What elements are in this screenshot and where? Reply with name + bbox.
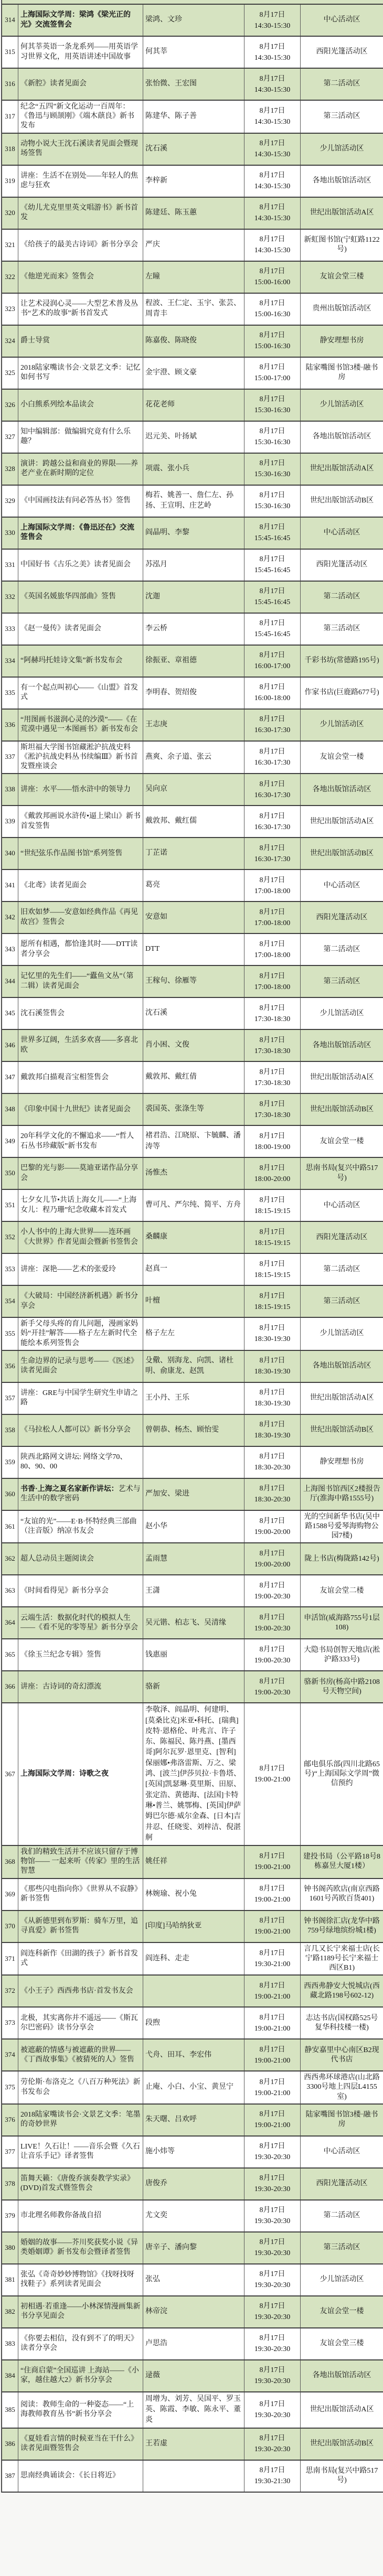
event-datetime: 8月17日 15:30-16:30 [244,486,300,517]
event-venue: 友谊会堂三楼 [300,2328,383,2359]
table-row: 341 《北鸢》读者见面会 葛亮 8月17日 17:00-18:00 中心活动区 [2,870,383,902]
table-row: 368 我们的精致生活并不应该只留存于博物馆—— 一起来听《传家》里的生活智慧 … [2,1846,383,1879]
event-date: 8月17日 [260,1259,285,1270]
event-date: 8月17日 [260,394,285,405]
event-guests: 曹可凡、严尔纯、简平、方舟 [143,1190,244,1221]
row-number: 385 [2,2392,18,2428]
event-datetime: 8月17日 16:30-17:30 [244,742,300,774]
event-datetime: 8月17日 15:00-16:00 [244,262,300,293]
event-time: 15:30-16:30 [254,437,290,448]
table-row: 375 劳伦斯·布洛克之《八百万种死法》新书发布会 止庵、小白、小宝、黄昱宁 8… [2,2071,383,2105]
row-number: 332 [2,582,18,613]
event-guests [143,1976,244,2006]
table-row: 320 《幼儿尤克里里英文唱游书》新书首发 陈建廷、陈玉蕙 8月17日 14:3… [2,198,383,230]
event-title: 我们的精致生活并不应该只留存于博物馆—— 一起来听《传家》里的生活智慧 [18,1846,143,1878]
row-number: 339 [2,806,18,837]
table-body: 314 上海国际文学周：梁鸿《梁光正的光》交流签售会 梁鸿、文珍 8月17日 1… [2,5,383,2493]
row-number: 356 [2,1351,18,1382]
event-venue: 少儿馆活动区 [300,2264,383,2295]
row-number: 351 [2,1190,18,1221]
row-number: 341 [2,870,18,901]
event-title: 讲座：生活不在别处——年轻人的焦虑与狂欢 [18,166,143,197]
event-datetime: 8月17日 19:30-21:00 [244,1943,300,1975]
event-time: 19:00-20:00 [254,1527,290,1538]
event-time: 18:00-19:00 [254,1142,290,1153]
row-number: 336 [2,710,18,740]
event-time: 19:00-21:00 [254,1862,290,1873]
event-date: 8月17日 [260,2301,285,2312]
event-datetime: 8月17日 15:00-16:30 [244,326,300,357]
event-datetime: 8月17日 19:30-20:30 [244,2392,300,2428]
event-venue: 第二活动区 [300,582,383,613]
event-time: 19:30-21:00 [254,1959,290,1970]
event-datetime: 8月17日 16:30-17:30 [244,710,300,740]
event-datetime: 8月17日 19:00-21:00 [244,1879,300,1910]
event-venue: 各地出版馆活动区 [300,422,383,453]
table-row: 318 动物小说大王沈石溪读者见面会暨现场签售 沈石溪 8月17日 14:30-… [2,134,383,166]
event-time: 14:30-15:30 [254,20,290,31]
row-number: 348 [2,1094,18,1125]
event-venue: 上海图书馆西区2楼报告厅(淮海中路1555号) [300,1479,383,1510]
table-row: 316 《新腔》读者见面会 张怡微、王宏图 8月17日 14:30-15:30 … [2,69,383,101]
event-title: 知中编辑部：做编辑究竟有什么乐趣？ [18,422,143,453]
event-date: 8月17日 [260,1676,285,1687]
table-row: 360 书香·上海之夏名家新作讲坛：艺术与生活中的数学密码 严加安、梁进 8月1… [2,1479,383,1511]
event-datetime: 8月17日 19:00-20:30 [244,1575,300,1606]
event-venue: 邮电俱乐部(四川北路65号)“上海国际文学周”微信预约 [300,1703,383,1845]
event-time: 15:00-16:30 [254,341,290,352]
event-title: 讲座：GRE与中国学生研究生申请之路 [18,1383,143,1414]
event-date: 8月17日 [260,298,285,309]
table-row: 350 巴黎的光与影——莫迪亚诺作品分享会 汤惟杰 8月17日 18:00-20… [2,1158,383,1190]
table-row: 386 《夏娃看言情的时候亚当在干什么》读者见面暨签售会 王若虚 8月17日 1… [2,2429,383,2461]
event-date: 8月17日 [260,2237,285,2248]
row-number: 345 [2,998,18,1029]
event-datetime: 8月17日 17:00-18:00 [244,870,300,901]
event-time: 19:30-20:30 [254,2248,290,2259]
event-guests: 王小丹、王乐 [143,1383,244,1414]
table-row: 317 纪念“五四”新文化运动一百周年：《鲁迅与顾颉刚》《端木蕻良》新书发布 陈… [2,101,383,134]
event-datetime: 8月17日 15:45-16:45 [244,518,300,549]
event-title: 纪念“五四”新文化运动一百周年：《鲁迅与顾颉刚》《端木蕻良》新书发布 [18,101,143,133]
event-guests [143,2461,244,2492]
event-datetime: 8月17日 18:15-19:15 [244,1190,300,1221]
row-number: 340 [2,838,18,869]
event-venue: 西阳光篷活动区 [300,37,383,68]
event-title: 《戴敦邦画说水浒传•逼上梁山》新书首发签售 [18,806,143,837]
row-number: 357 [2,1383,18,1414]
event-title: 七夕女儿节•共话上海女儿——“上海女儿：程乃珊”纪念收藏本首发式 [18,1190,143,1221]
event-datetime: 8月17日 14:30-15:30 [244,5,300,36]
event-date: 8月17日 [260,1980,285,1991]
event-date: 8月17日 [260,907,285,918]
event-time: 19:30-20:30 [254,2216,290,2227]
event-guests: 王潇 [143,1575,244,1606]
event-datetime: 8月17日 17:30-18:30 [244,998,300,1029]
event-time: 19:30-20:30 [254,2312,290,2323]
event-title: 书香·上海之夏名家新作讲坛：艺术与生活中的数学密码 [18,1479,143,1510]
event-date: 8月17日 [260,2044,285,2055]
event-date: 8月17日 [260,1323,285,1334]
event-guests: 赵真一 [143,1254,244,1285]
row-number: 364 [2,1607,18,1638]
event-venue: 世纪出版馆活动B区 [300,2429,383,2460]
event-venue: 思南书局(复兴中路517号) [300,1158,383,1189]
event-title: 超人总动员主题阅读会 [18,1543,143,1574]
event-guests: 何其莘 [143,37,244,68]
event-title: 小人书中的上海大世界——连环画《大世界》作者见面会暨新书签售会 [18,1222,143,1253]
event-datetime: 8月17日 17:00-18:00 [244,966,300,997]
event-venue: 西阳光篷活动区 [300,550,383,581]
row-number: 370 [2,1911,18,1942]
table-row: 342 旧欢如梦——安意如经典作品《再见故宫》签售会 安意如 8月17日 17:… [2,902,383,934]
event-time: 16:30-17:30 [254,757,290,768]
table-row: 352 小人书中的上海大世界——连环画《大世界》作者见面会暨新书签售会 桑麟康 … [2,1222,383,1254]
table-row: 359 陕西北路网文讲坛: 网络文学70、80、90、00 8月17日 18:3… [2,1447,383,1479]
event-date: 8月17日 [260,2141,285,2152]
event-venue: 世纪出版馆活动A区 [300,454,383,485]
event-time: 19:00-21:00 [254,2055,290,2066]
event-guests: 梅若、姚善一、詹仁左、孙扬、王宣明、庄艺岭 [143,486,244,517]
row-number: 381 [2,2264,18,2295]
event-venue: 贵州出版馆活动区 [300,294,383,325]
event-venue: 世纪出版馆活动A区 [300,806,383,837]
table-row: 373 北极，其实离你并不遥远——《斯瓦尔巴密码》读书分享会 段煦 8月17日 … [2,2008,383,2040]
event-guests: 程波、王仁定、玉宇、张芸、周青丰 [143,294,244,325]
event-date: 8月17日 [260,1483,285,1494]
event-date: 8月17日 [260,682,285,693]
event-date: 8月17日 [260,266,285,277]
event-datetime: 8月17日 19:00-21:00 [244,2008,300,2038]
previous-row-sliver [2,0,383,5]
event-venue: 第三活动区 [300,966,383,997]
event-datetime: 8月17日 19:30-21:30 [244,2461,300,2492]
event-guests: 止庵、小白、小宝、黄昱宁 [143,2071,244,2103]
event-guests: 骆新 [143,1671,244,1702]
event-title: 《大破局：中国经济新机遇》新书分享会 [18,1286,143,1317]
event-datetime: 8月17日 19:30-20:30 [244,2201,300,2231]
event-date: 8月17日 [260,1763,285,1774]
event-time: 18:15-19:15 [254,1206,290,1217]
event-guests: 张怡微、王宏图 [143,69,244,100]
event-title: “世纪弦乐作品图书馆”系列签售 [18,838,143,869]
event-guests: 左瞳 [143,262,244,293]
event-datetime: 8月17日 19:00-21:00 [244,2071,300,2103]
row-number: 337 [2,742,18,774]
row-number: 380 [2,2232,18,2263]
event-time: 19:30-20:30 [254,2184,290,2195]
event-title: 笛舞天籁：《唐俊乔演奏教学实录》(DVD)首发式暨签售会 [18,2169,143,2199]
event-title: 让艺术浸润心灵——大型艺术普及丛书“艺术的故事”新书首发式 [18,294,143,325]
event-time: 16:30-17:30 [254,822,290,833]
event-venue: 第三活动区 [300,614,383,645]
event-venue: 西西弗环球港店(山北路3300号地上四层L4155室) [300,2071,383,2103]
event-time: 14:30-15:30 [254,149,290,160]
event-guests: 燕爽、余子道、张云 [143,742,244,774]
table-row: 347 戴敦邦白描观音宝相签售会 戴敦邦、戴红倩 8月17日 17:30-18:… [2,1062,383,1094]
table-row: 333 《赵一曼传》读者见面会 李云桥 8月17日 15:45-16:45 第三… [2,614,383,646]
event-venue: 千彩书坊(常德路195号) [300,646,383,677]
event-time: 17:00-18:00 [254,950,290,961]
row-number: 323 [2,294,18,325]
event-venue: 建投书局（公平路18号8栋嘉昱大厦1楼） [300,1846,383,1878]
event-datetime: 8月17日 14:30-15:30 [244,37,300,68]
event-venue: 中心活动区 [300,2137,383,2167]
event-title: 劳伦斯·布洛克之《八百万种死法》新书发布会 [18,2071,143,2103]
event-datetime: 8月17日 19:00-21:00 [244,2105,300,2135]
table-row: 326 小白熊系列绘本品读会 花花老师 8月17日 15:30-16:30 少儿… [2,390,383,422]
event-title: 《从新德里到布罗斯：骑车万里，追寻真爱》新书签售 [18,1911,143,1942]
event-time: 17:30-18:30 [254,1110,290,1121]
event-time: 19:00-21:00 [254,1774,290,1785]
event-datetime: 8月17日 15:30-16:30 [244,454,300,485]
event-guests: 桑麟康 [143,1222,244,1253]
event-date: 8月17日 [260,1291,285,1302]
event-datetime: 8月17日 19:00-21:00 [244,1846,300,1878]
event-guests: 裘国英、张涤生等 [143,1094,244,1125]
table-row: 369 《那些闪电指向你》《世界从不寂静》新书签售 林婉瑜、祝小兔 8月17日 … [2,1879,383,1911]
event-venue: 少儿馆活动区 [300,998,383,1029]
event-date: 8月17日 [260,1227,285,1238]
table-row: 334 “阿赫玛托娃诗文集”新书发布会 徐振亚、章祖德 8月17日 16:00-… [2,646,383,678]
row-number: 360 [2,1479,18,1510]
table-row: 319 讲座：生活不在别处——年轻人的焦虑与狂欢 李梓新 8月17日 14:30… [2,166,383,198]
row-number: 377 [2,2137,18,2167]
event-date: 8月17日 [260,586,285,597]
event-datetime: 8月17日 14:30-15:30 [244,69,300,100]
event-date: 8月17日 [260,2109,285,2120]
event-datetime: 8月17日 15:45-16:45 [244,550,300,581]
table-row: 371 阎连科新作《田湖的孩子》新书首发式 阎连科、走走 8月17日 19:30… [2,1943,383,1976]
event-guests: 格子左左 [143,1318,244,1350]
row-number: 366 [2,1671,18,1702]
event-title: 初相遇·若重逢——小林深情漫画集新书分享见面会 [18,2296,143,2327]
event-title: 讲座：古诗词的奇幻漂流 [18,1671,143,1702]
event-datetime: 8月17日 19:30-20:30 [244,2137,300,2167]
event-title: 《你要去相信，没有到不了的明天》读者分享会 [18,2328,143,2359]
event-guests: 段煦 [143,2008,244,2038]
event-time: 18:30-20:30 [254,1494,290,1505]
event-title: “阿赫玛托娃诗文集”新书发布会 [18,646,143,677]
event-venue: 少儿馆活动区 [300,710,383,740]
table-row: 331 中国好书《古乐之美》读者见面会 苏泓月 8月17日 15:45-16:4… [2,550,383,582]
event-title: 《北鸢》读者见面会 [18,870,143,901]
event-venue: 各地出版馆活动区 [300,166,383,197]
event-datetime: 8月17日 15:00-16:30 [244,294,300,325]
event-datetime: 8月17日 18:30-19:30 [244,1383,300,1414]
table-row: 380 婚姻的故事——芥川奖获奖小说《异类婚姻谭》新书发布会暨译者签售 唐辛子、… [2,2232,383,2264]
event-title: 有一个起点叫初心——《山盟》首发式 [18,678,143,709]
event-venue: 新虹图书馆(宁虹路1122号) [300,230,383,261]
event-time: 18:30-19:30 [254,1430,290,1441]
row-number: 318 [2,134,18,165]
table-row: 325 2018陆家嘴读书会·文景艺文季：记忆如何书写 金宇澄、顾文豪 8月17… [2,358,383,390]
table-row: 327 知中编辑部：做编辑究竟有什么乐趣？ 迟元美、叶扬斌 8月17日 15:3… [2,422,383,454]
row-number: 374 [2,2040,18,2070]
event-datetime: 8月17日 19:00-20:30 [244,1639,300,1670]
event-title: 斯坦福大学图书馆藏淞沪抗战史料《淞沪抗战史料丛书续编Ⅲ》新书首发暨座谈会 [18,742,143,774]
row-number: 378 [2,2169,18,2199]
event-title: 生命边界的记录与思考——《医述》读者见面会 [18,1351,143,1382]
event-title: 《徐玉兰纪念专辑》签售 [18,1639,143,1670]
event-title: 世界多辽阔，生活多欢喜——多喜北欧 [18,1030,143,1061]
row-number: 316 [2,69,18,100]
event-time: 17:30-18:30 [254,1078,290,1089]
event-title: 阎连科新作《田湖的孩子》新书首发式 [18,1943,143,1975]
table-row: 382 初相遇·若重逢——小林深情漫画集新书分享见面会 林帝浣 8月17日 19… [2,2296,383,2328]
event-time: 19:30-20:30 [254,2376,290,2387]
event-time: 15:45-16:45 [254,629,290,640]
event-time: 14:30-15:30 [254,84,290,95]
table-row: 361 “友谊的光”——E·B·怀特经典三部曲（注音版）纳凉书友会 赵小华 8月… [2,1511,383,1544]
event-datetime: 8月17日 18:30-19:30 [244,1318,300,1350]
event-venue: 志达书店(国权路525号复华科技楼一楼) [300,2008,383,2038]
event-time: 18:15-19:15 [254,1270,290,1281]
event-venue: 陆家嘴图书馆3楼·融书房 [300,358,383,389]
event-time: 19:00-20:30 [254,1687,290,1698]
event-venue: 第三活动区 [300,101,383,133]
event-date: 8月17日 [260,2365,285,2376]
event-date: 8月17日 [260,714,285,725]
row-number: 354 [2,1286,18,1317]
event-title: 上海国际文学周：《鲁迅还在》交流签售会 [18,518,143,549]
table-row: 385 阅读：教师生命的一种姿态——“上海教师教育丛书”新书分享会 周增为、刘芳… [2,2392,383,2429]
event-date: 8月17日 [260,1131,285,1142]
event-date: 8月17日 [260,554,285,565]
table-row: 363 《时间看得见》新书分享会 王潇 8月17日 19:00-20:30 友谊… [2,1575,383,1607]
event-venue: 西阳光篷活动区 [300,1222,383,1253]
event-guests: 沈迦 [143,582,244,613]
event-guests: 花花老师 [143,390,244,421]
event-time: 16:30-17:30 [254,790,290,801]
event-datetime: 8月17日 17:30-18:30 [244,1030,300,1061]
event-guests: 姚任祥 [143,1846,244,1878]
event-time: 14:30-15:30 [254,181,290,192]
event-title: 动物小说大王沈石溪读者见面会暨现场签售 [18,134,143,165]
table-row: 345 沈石溪签售会 沈石溪 8月17日 17:30-18:30 少儿馆活动区 [2,998,383,1030]
table-row: 381 张弘《奇奇妙妙博物馆》《找呀找呀找鞋子》系列读者见面会 张弘 8月17日… [2,2264,383,2296]
event-time: 17:00-18:00 [254,918,290,929]
row-number: 326 [2,390,18,421]
event-venue: 陆家嘴图书馆3楼·融书房 [300,2105,383,2135]
event-venue: 第二活动区 [300,1254,383,1285]
event-venue: 第二活动区 [300,934,383,965]
event-datetime: 8月17日 15:45-16:45 [244,582,300,613]
event-time: 16:00-18:00 [254,693,290,704]
event-guests: 徐振亚、章祖德 [143,646,244,677]
event-date: 8月17日 [260,1948,285,1959]
event-datetime: 8月17日 16:30-17:30 [244,774,300,805]
table-row: 376 2018陆家嘴读书会·文景艺文季：笔墨的奇妙世界 朱天曙、吕欢呼 8月1… [2,2105,383,2137]
event-title: 《给孩子的最美古诗词》新书分享会 [18,230,143,261]
event-date: 8月17日 [260,2269,285,2280]
event-time: 15:00-16:30 [254,309,290,320]
row-number: 373 [2,2008,18,2038]
event-title: 巴黎的光与影——莫迪亚诺作品分享会 [18,1158,143,1189]
event-time: 15:45-16:45 [254,597,290,608]
row-number: 361 [2,1511,18,1543]
row-number: 338 [2,774,18,805]
row-number: 328 [2,454,18,485]
event-date: 8月17日 [260,362,285,373]
event-guests: 褚君浩、江晓原、卞毓麟、潘涛等 [143,1126,244,1157]
event-venue: 第二活动区 [300,69,383,100]
event-datetime: 8月17日 19:30-20:30 [244,2328,300,2359]
event-date: 8月17日 [260,330,285,341]
event-date: 8月17日 [260,1003,285,1014]
event-time: 19:00-20:00 [254,1559,290,1570]
event-title: 《那些闪电指向你》《世界从不寂静》新书签售 [18,1879,143,1910]
event-guests: 李明春、贺绍俊 [143,678,244,709]
event-time: 19:00-21:00 [254,1894,290,1905]
event-time: 19:00-21:00 [254,1926,290,1937]
event-title: 北极，其实离你并不遥远——《斯瓦尔巴密码》读书分享会 [18,2008,143,2038]
event-date: 8月17日 [260,811,285,822]
event-venue: 西西弗静安大悦城店(西藏北路198号602-12) [300,1976,383,2006]
event-title: 《赵一曼传》读者见面会 [18,614,143,645]
table-row: 384 “住商启蒙”全国巡讲 上海站——《小家，越住越大2》新书分享会 逯薇 8… [2,2360,383,2392]
event-title: 阅读：教师生命的一种姿态——“上海教师教育丛书”新书分享会 [18,2392,143,2428]
event-datetime: 8月17日 18:30-20:30 [244,1479,300,1510]
row-number: 363 [2,1575,18,1606]
row-number: 335 [2,678,18,709]
event-title: 2018陆家嘴读书会·文景艺文季：笔墨的奇妙世界 [18,2105,143,2135]
event-date: 8月17日 [260,105,285,116]
event-venue: 中心活动区 [300,1190,383,1221]
event-venue: 陇上书店(梅陇路142号) [300,1543,383,1574]
row-number: 331 [2,550,18,581]
table-row: 374 被遮蔽的情感与被遮蔽的世界——《丁酉故事集》《被猜死的人》签售 弋舟、田… [2,2040,383,2071]
row-number: 379 [2,2201,18,2231]
event-datetime: 8月17日 15:00-17:00 [244,358,300,389]
event-guests: 王稼句、徐雁等 [143,966,244,997]
event-title: 《英国名媛旅华四部曲》签售 [18,582,143,613]
table-row: 362 超人总动员主题阅读会 孟雨慧 8月17日 19:00-20:00 陇上书… [2,1543,383,1575]
table-row: 328 演讲：跨越公益和商业的界限——养老产业在新时期的定位 项震、张小兵 8月… [2,454,383,486]
table-row: 321 《给孩子的最美古诗词》新书分享会 严庆 8月17日 14:30-15:3… [2,230,383,262]
event-date: 8月17日 [260,2205,285,2216]
event-venue: 少儿馆活动区 [300,134,383,165]
event-time: 14:30-15:30 [254,245,290,256]
row-number: 368 [2,1846,18,1878]
row-number: 353 [2,1254,18,1285]
event-date: 8月17日 [260,522,285,533]
row-number: 330 [2,518,18,549]
event-venue: 第三活动区 [300,2232,383,2263]
row-number: 324 [2,326,18,357]
event-guests: 金宇澄、顾文豪 [143,358,244,389]
table-row: 366 讲座：古诗词的奇幻漂流 骆新 8月17日 19:00-20:30 骆新书… [2,1671,383,1703]
event-title: “用图画书滋润心灵的沙漠”——《在荒漠中遇见一本图画书》新书发布会 [18,710,143,740]
table-row: 324 爵士导赏 陈嘉俊、陈晓俊 8月17日 15:00-16:30 静安理想书… [2,326,383,358]
table-row: 351 七夕女儿节•共话上海女儿——“上海女儿：程乃珊”纪念收藏本首发式 曹可凡… [2,1190,383,1222]
event-venue: 中心活动区 [300,870,383,901]
event-guests: 陈建廷、陈玉蕙 [143,198,244,229]
event-title: 《小王子》西西弗书店·首发书友会 [18,1976,143,2006]
event-datetime: 8月17日 18:30-19:30 [244,1415,300,1446]
event-venue: 各地出版馆活动区 [300,1030,383,1061]
event-title: 《时间看得见》新书分享会 [18,1575,143,1606]
event-title: 沈石溪签售会 [18,998,143,1029]
table-row: 340 “世纪弦乐作品图书馆”系列签售 丁芷诺 8月17日 16:30-17:3… [2,838,383,870]
event-time: 19:30-20:30 [254,2280,290,2291]
event-time: 15:00-17:00 [254,373,290,384]
event-datetime: 8月17日 17:00-18:00 [244,902,300,933]
event-venue: 世纪出版馆活动A区 [300,2392,383,2428]
event-title: 旧欢如梦——安意如经典作品《再见故宫》签售会 [18,902,143,933]
table-row: 344 记忆里的先生们——“蠹鱼文丛”（第二辑）读者见面会 王稼句、徐雁等 8月… [2,966,383,998]
event-title: 小白熊系列绘本品读会 [18,390,143,421]
